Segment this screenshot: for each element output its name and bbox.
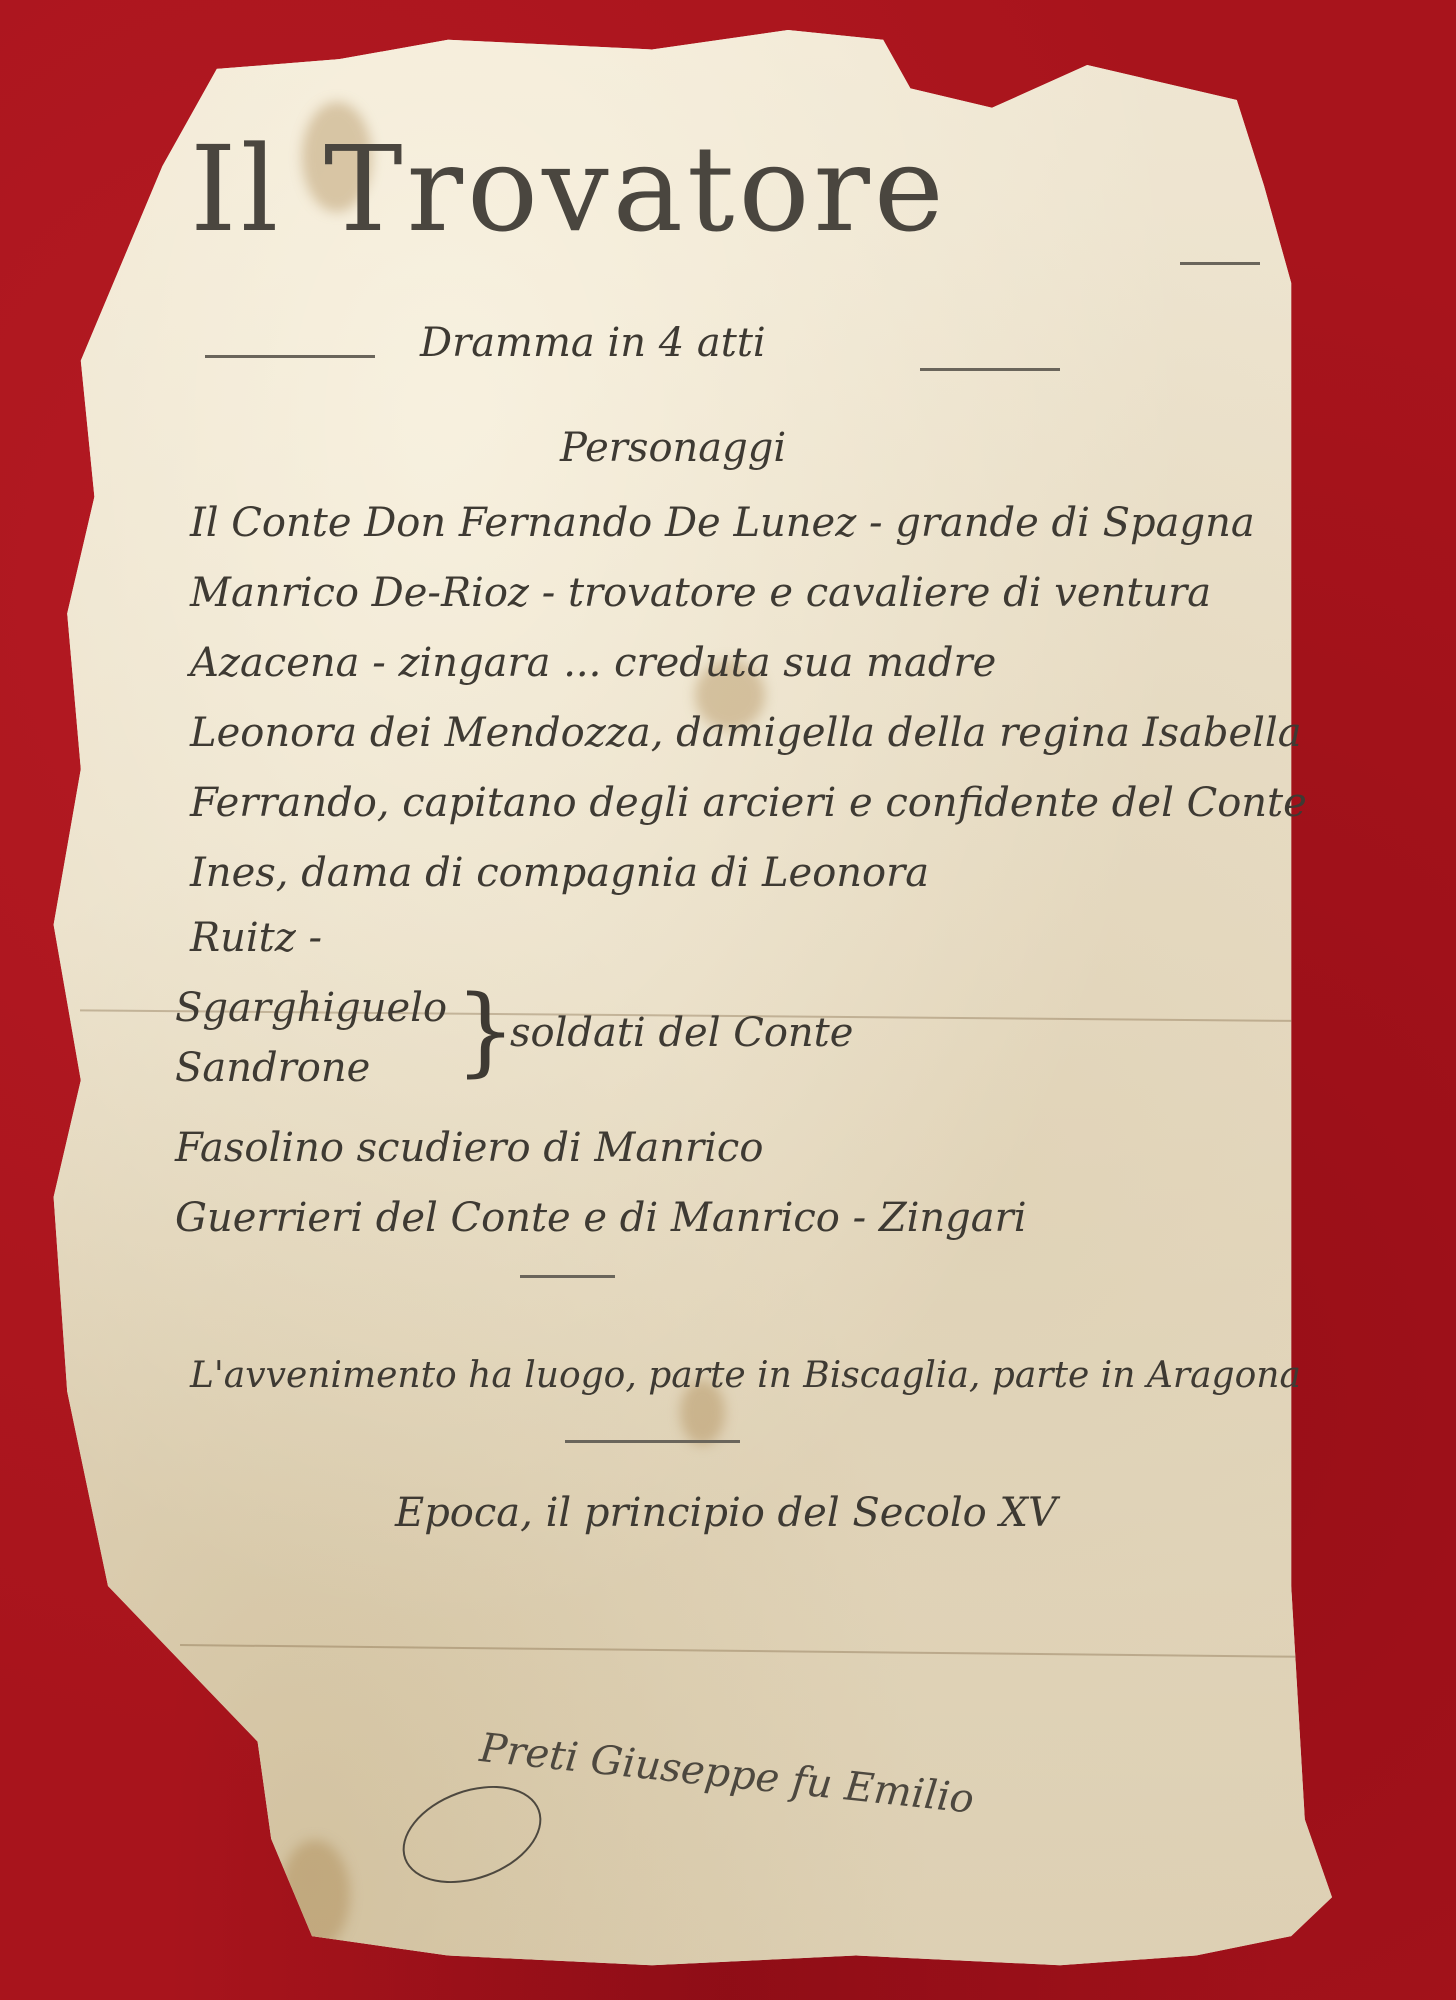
brace-glyph: } [455, 975, 516, 1087]
setting-line: L'avvenimento ha luogo, parte in Biscagl… [190, 1355, 1301, 1396]
epoch-line: Epoca, il principio del Secolo XV [395, 1490, 1057, 1536]
soldier-name: Sgarghiguelo [175, 985, 447, 1031]
cast-heading: Personaggi [560, 425, 786, 471]
document-title: Il Trovatore [190, 120, 948, 258]
cast-line: Ines, dama di compagnia di Leonora [190, 850, 929, 896]
cast-line: Il Conte Don Fernando De Lunez - grande … [190, 500, 1255, 546]
subtitle: Dramma in 4 atti [420, 320, 766, 366]
cast-line: Azacena - zingara ... creduta sua madre [190, 640, 996, 686]
stain [280, 1840, 350, 1950]
subtitle-rule-right [920, 368, 1060, 371]
subtitle-rule-left [205, 355, 375, 358]
title-dash [1180, 262, 1260, 265]
cast-line: Guerrieri del Conte e di Manrico - Zinga… [175, 1195, 1027, 1241]
cast-line: Ruitz - [190, 915, 322, 961]
soldier-name: Sandrone [175, 1045, 370, 1091]
cast-line: Ferrando, capitano degli arcieri e confi… [190, 780, 1307, 826]
cast-line: Fasolino scudiero di Manrico [175, 1125, 763, 1171]
cast-line: Leonora dei Mendozza, damigella della re… [190, 710, 1302, 756]
soldier-role: soldati del Conte [510, 1010, 853, 1056]
cast-line: Manrico De-Rioz - trovatore e cavaliere … [190, 570, 1211, 616]
section-rule [520, 1275, 615, 1278]
paper-crease [180, 1644, 1320, 1658]
section-rule [565, 1440, 740, 1443]
